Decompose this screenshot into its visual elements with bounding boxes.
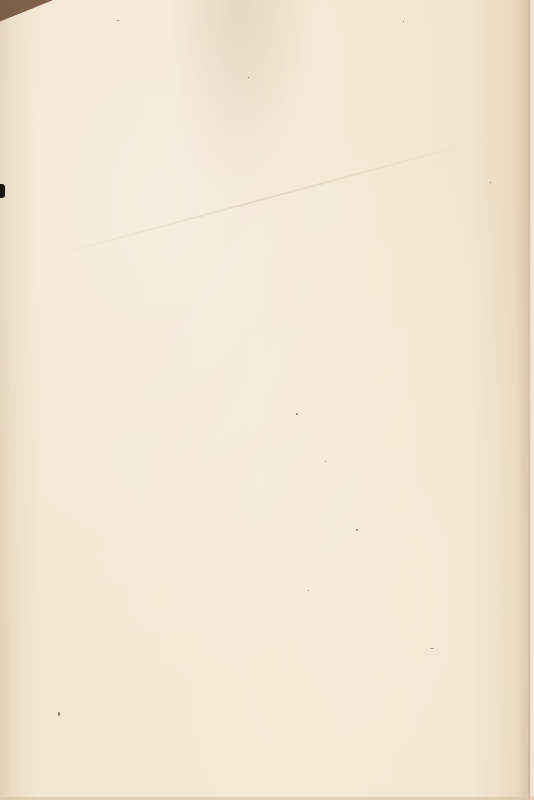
paper-speck xyxy=(325,461,326,462)
paper-speck xyxy=(248,77,249,78)
left-edge-ink-mark xyxy=(0,184,5,198)
paper-speck xyxy=(403,21,404,22)
paper-speck xyxy=(296,413,298,415)
paper-speck xyxy=(490,182,491,183)
paper-speck xyxy=(117,20,119,21)
paper-speck xyxy=(58,712,60,716)
paper-speck xyxy=(308,590,309,591)
blank-paper-page xyxy=(0,0,534,800)
right-binding-edge xyxy=(528,0,530,800)
paper-speck xyxy=(430,648,434,649)
paper-speck xyxy=(356,529,358,531)
paper-crease xyxy=(40,136,495,260)
corner-binding-shadow xyxy=(0,0,55,26)
